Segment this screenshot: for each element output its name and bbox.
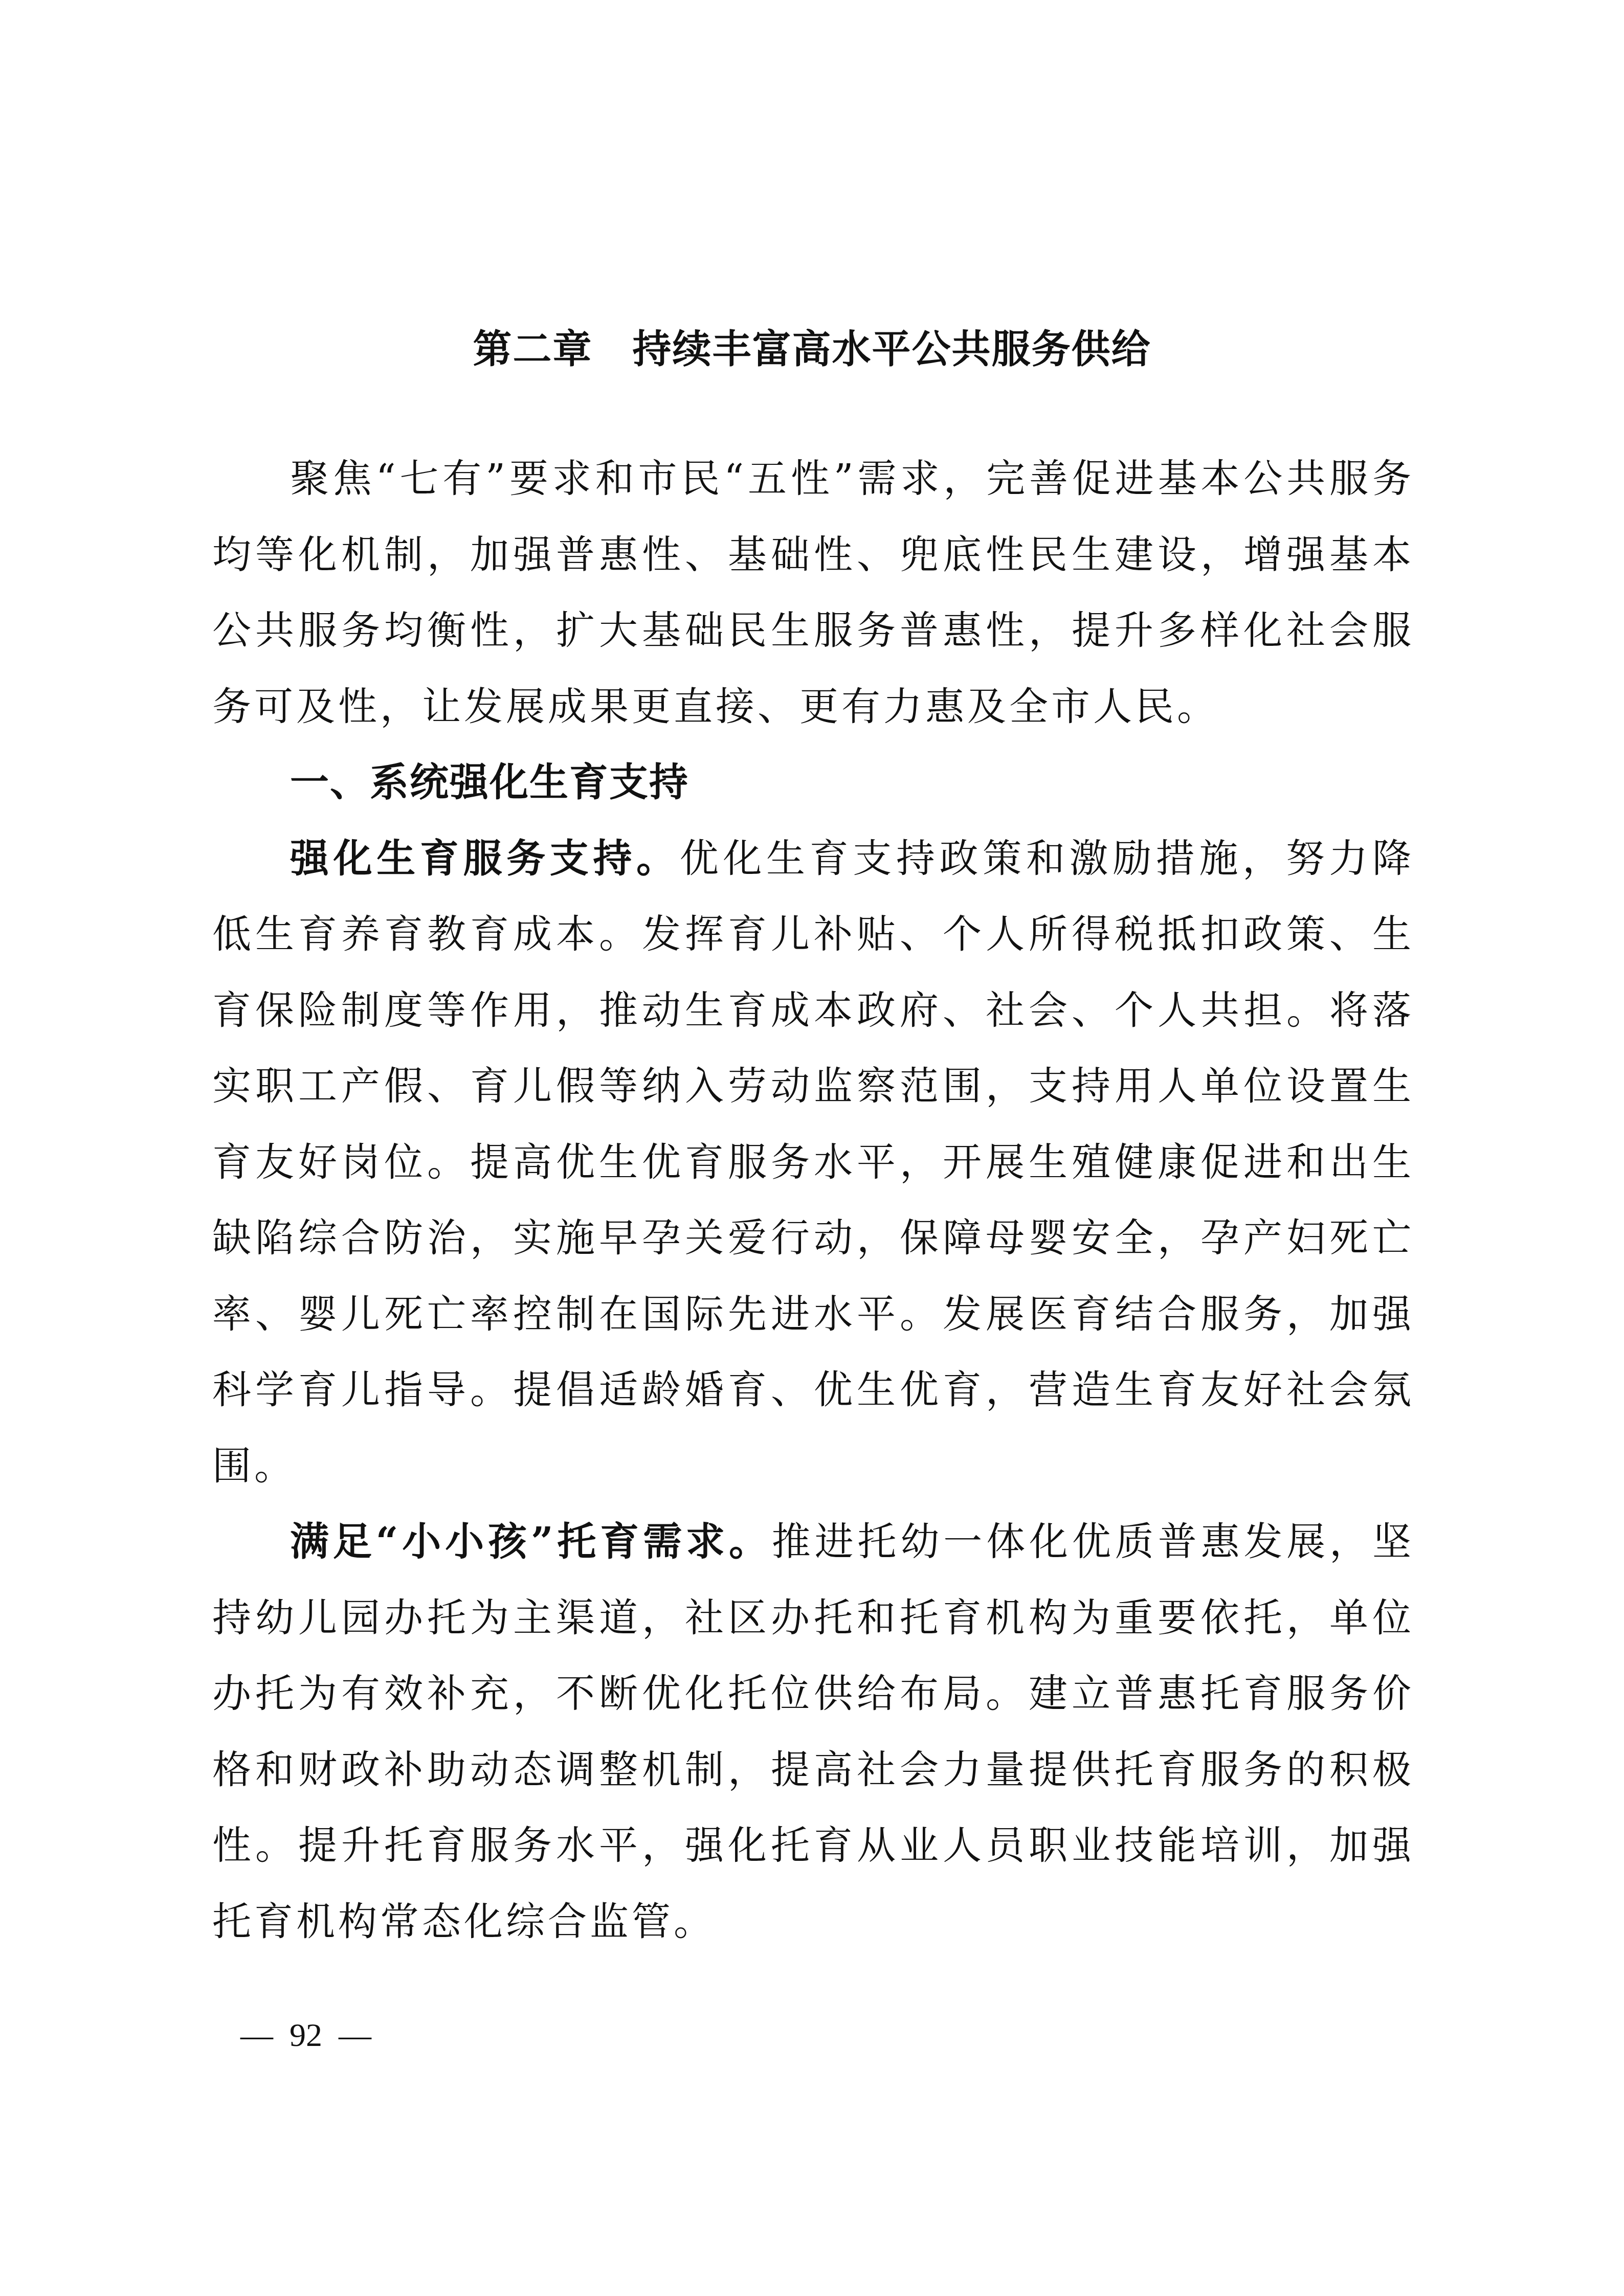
paragraph-text: 优化生育支持政策和激励措施，努力降低生育养育教育成本。发挥育儿补贴、个人所得税抵…: [212, 836, 1414, 1489]
intro-paragraph: 聚焦“七有”要求和市民“五性”需求，完善促进基本公共服务均等化机制，加强普惠性、…: [212, 441, 1414, 745]
chapter-title: 第二章 持续丰富高水平公共服务供给: [0, 321, 1624, 377]
paragraph-lead: 强化生育服务支持。: [290, 836, 680, 881]
paragraph-fertility-support: 强化生育服务支持。优化生育支持政策和激励措施，努力降低生育养育教育成本。发挥育儿…: [212, 821, 1414, 1504]
document-page: 第二章 持续丰富高水平公共服务供给 聚焦“七有”要求和市民“五性”需求，完善促进…: [0, 0, 1624, 2296]
document-body: 聚焦“七有”要求和市民“五性”需求，完善促进基本公共服务均等化机制，加强普惠性、…: [212, 441, 1414, 1960]
page-number: — 92 —: [240, 2007, 371, 2063]
paragraph-lead: 满足“小小孩”托育需求。: [290, 1519, 772, 1564]
paragraph-text: 推进托幼一体化优质普惠发展，坚持幼儿园办托为主渠道，社区办托和托育机构为重要依托…: [212, 1519, 1414, 1944]
section-heading: 一、系统强化生育支持: [212, 745, 1414, 821]
paragraph-childcare: 满足“小小孩”托育需求。推进托幼一体化优质普惠发展，坚持幼儿园办托为主渠道，社区…: [212, 1504, 1414, 1960]
